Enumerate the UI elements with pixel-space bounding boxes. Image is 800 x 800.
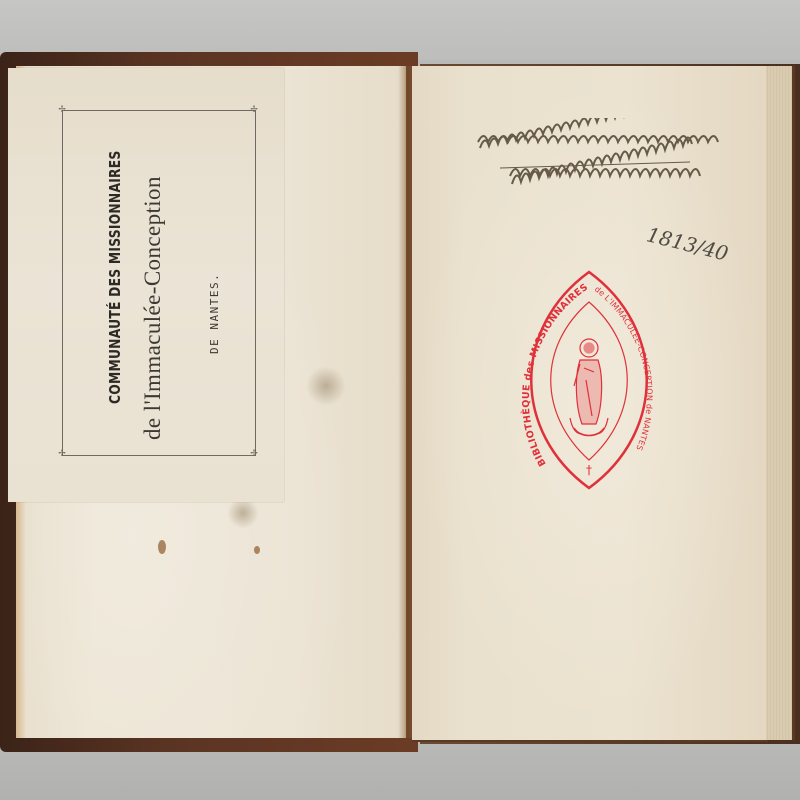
label-line-community: COMMUNAUTÉ DES MISSIONNAIRES (106, 150, 124, 404)
label-line-nantes: DE NANTES. (208, 273, 221, 354)
svg-text:de L'IMMACULÉE-CONCEPTION de N: de L'IMMACULÉE-CONCEPTION de NANTES (593, 285, 654, 452)
corner-ornament-icon: ✢ (250, 106, 258, 114)
label-line-immaculee: de l'Immaculée-Conception (140, 176, 166, 440)
crossed-out-inscription (470, 118, 740, 198)
stamp-text-right: de L'IMMACULÉE-CONCEPTION de NANTES (593, 285, 654, 452)
corner-ornament-icon: ✢ (58, 106, 66, 114)
cross-icon: † (586, 463, 592, 477)
page-block-edges (766, 66, 795, 740)
stain-spot (158, 540, 166, 554)
corner-ornament-icon: ✢ (250, 450, 258, 458)
background-top (0, 0, 800, 60)
library-label: ✢ ✢ ✢ ✢ COMMUNAUTÉ DES MISSIONNAIRES de … (8, 68, 284, 502)
corner-ornament-icon: ✢ (58, 450, 66, 458)
library-stamp: BIBLIOTHÈQUE des MISSIONNAIRES de L'IMMA… (516, 268, 662, 492)
stain-spot (254, 546, 260, 554)
madonna-figure-icon (570, 339, 608, 436)
background-bottom (0, 745, 800, 800)
foxing-spot (306, 366, 346, 406)
